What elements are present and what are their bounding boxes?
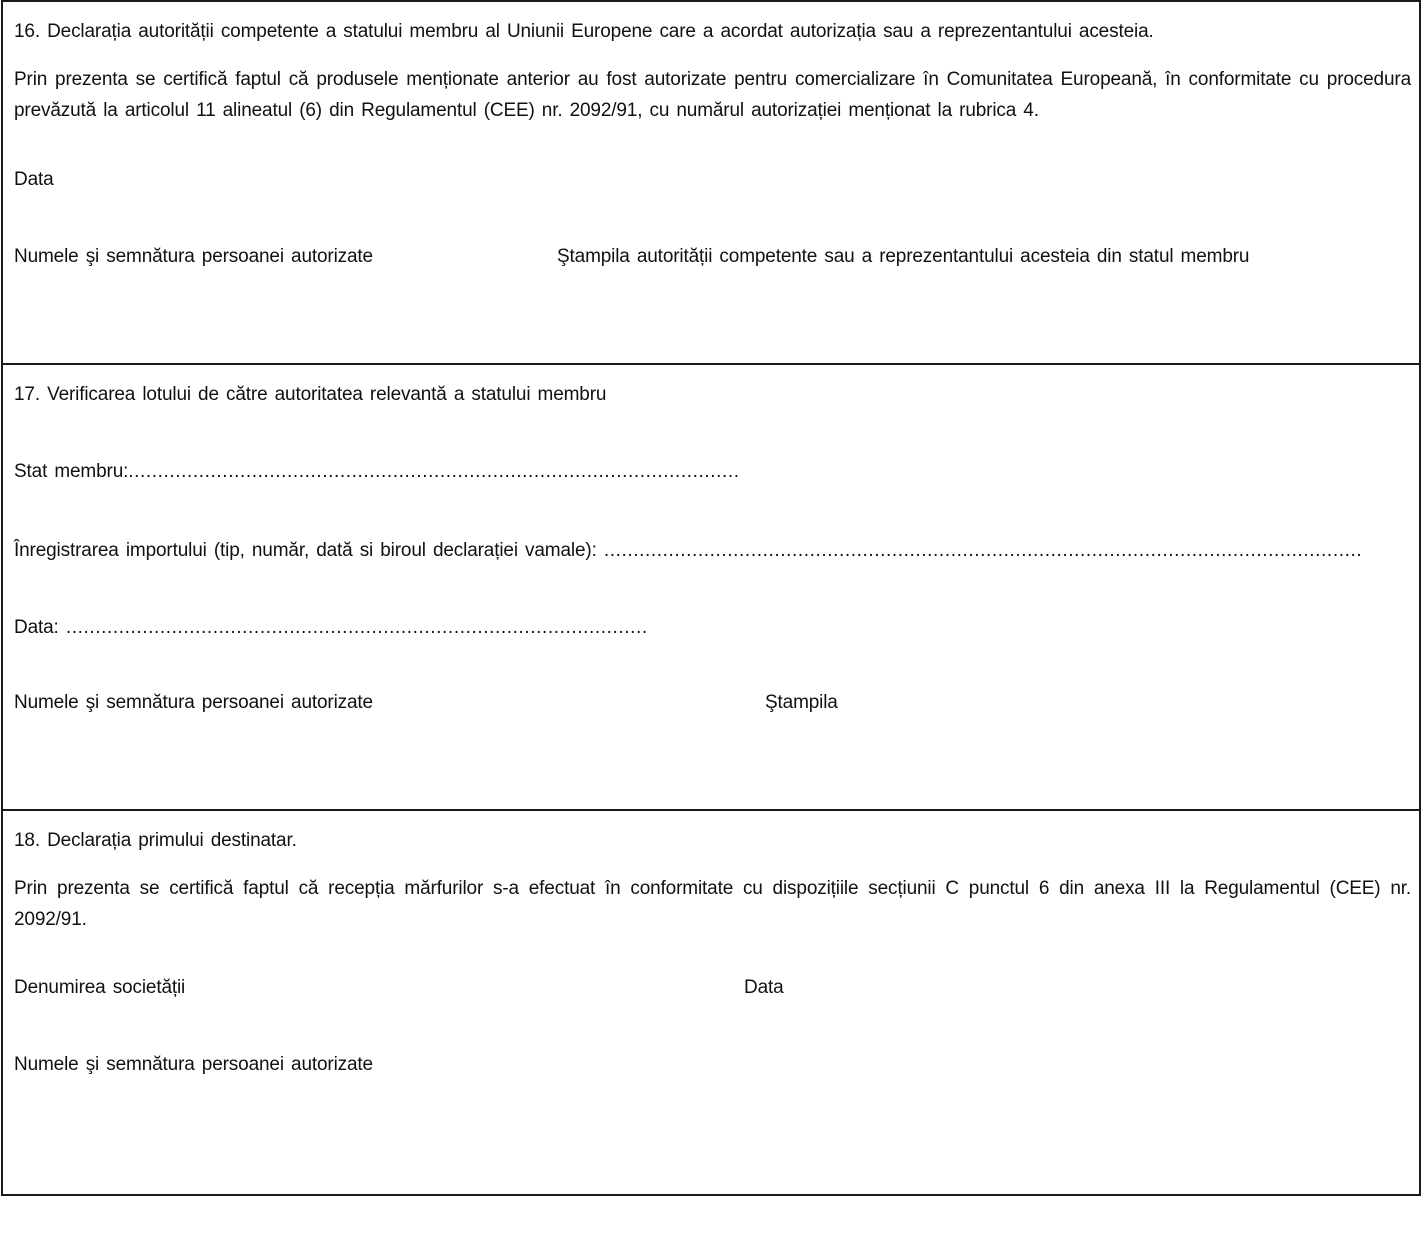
section-16-signature-label: Numele şi semnătura persoanei autorizate [14, 246, 373, 268]
section-16: 16. Declarația autorității competente a … [3, 2, 1419, 363]
section-18-signature-label: Numele şi semnătura persoanei autorizate [14, 1054, 373, 1076]
section-18-certification: Prin prezenta se certifică faptul că rec… [14, 873, 1411, 935]
section-17-heading: 17. Verificarea lotului de către autorit… [14, 384, 606, 406]
section-16-certification: Prin prezenta se certifică faptul că pro… [14, 64, 1411, 126]
section-17-signature-label: Numele şi semnătura persoanei autorizate [14, 692, 373, 714]
section-16-stamp-label: Ştampila autorității competente sau a re… [557, 246, 1249, 268]
member-state-label: Stat membru: [14, 461, 128, 482]
section-17-stamp-label: Ştampila [765, 692, 838, 714]
import-registration-field[interactable]: Înregistrarea importului (tip, număr, da… [14, 540, 1362, 562]
company-name-label: Denumirea societății [14, 977, 185, 999]
section-18: 18. Declarația primului destinatar. Prin… [3, 809, 1419, 1196]
section-18-date-label: Data [744, 977, 784, 999]
member-state-field[interactable]: Stat membru:............................… [14, 461, 740, 483]
date-label: Data: [14, 617, 59, 638]
import-registration-blank[interactable]: ........................................… [604, 540, 1362, 561]
section-17: 17. Verificarea lotului de către autorit… [3, 363, 1419, 811]
date-field[interactable]: Data: ..................................… [14, 617, 648, 639]
import-registration-label: Înregistrarea importului (tip, număr, da… [14, 540, 597, 561]
section-16-heading: 16. Declarația autorității competente a … [14, 21, 1154, 43]
member-state-blank[interactable]: ........................................… [128, 461, 739, 482]
certificate-form: 16. Declarația autorității competente a … [1, 0, 1421, 1196]
date-blank[interactable]: ........................................… [66, 617, 648, 638]
section-16-date-label: Data [14, 169, 54, 191]
section-18-heading: 18. Declarația primului destinatar. [14, 830, 297, 852]
